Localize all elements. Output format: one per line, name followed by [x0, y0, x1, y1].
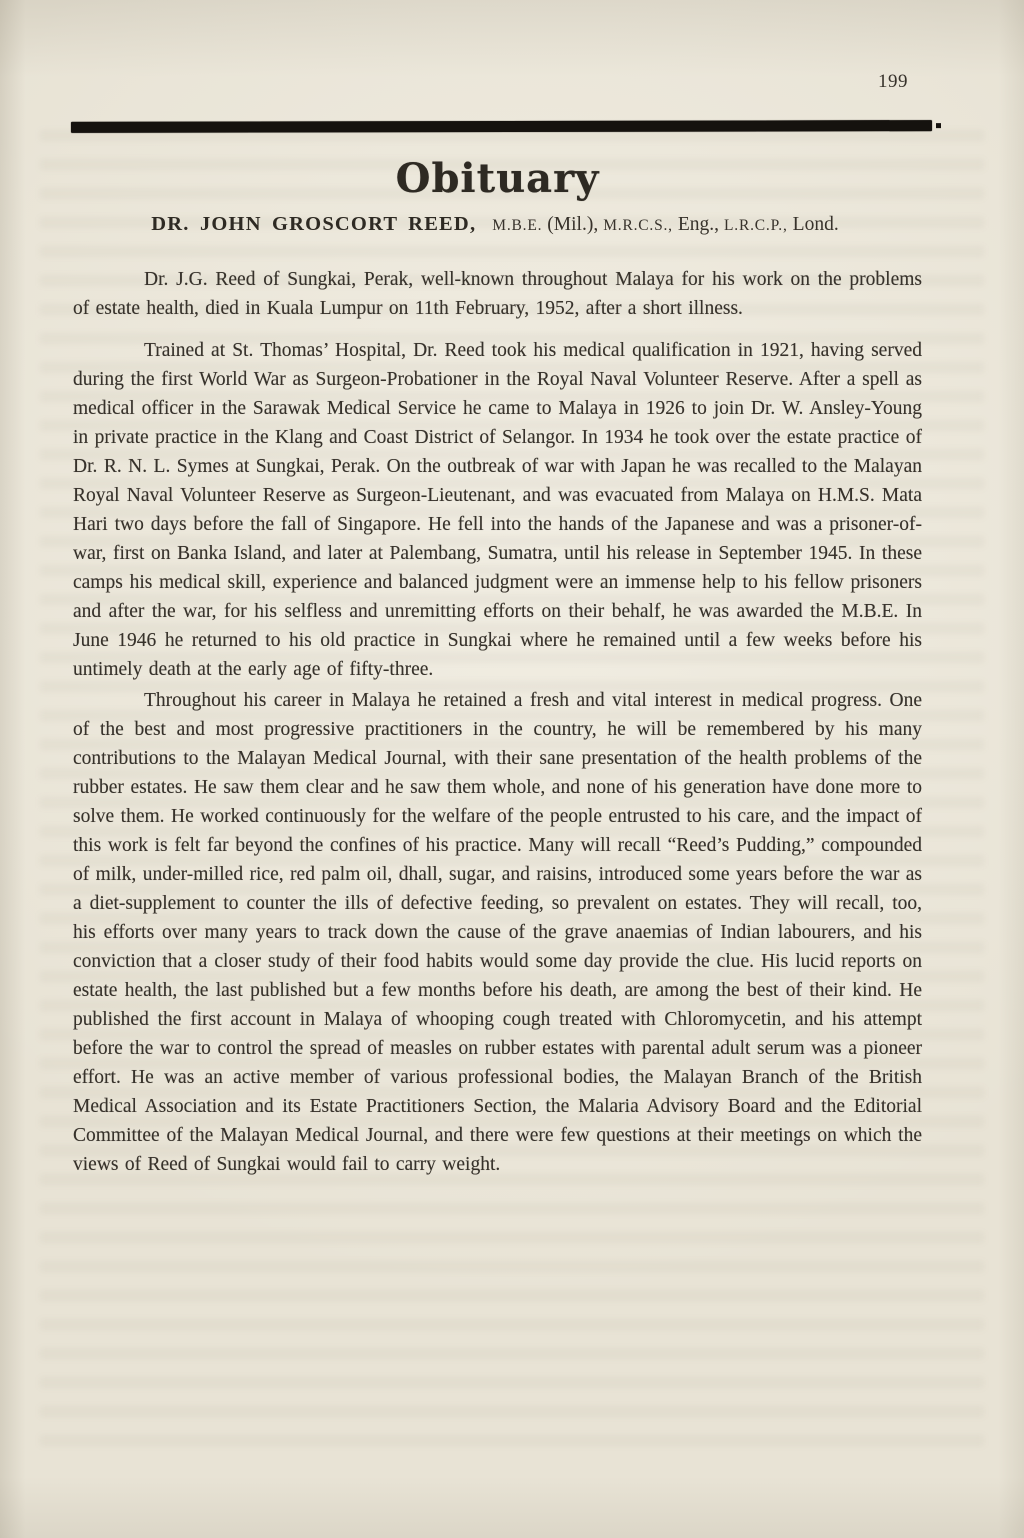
paragraph-intro: Dr. J.G. Reed of Sungkai, Perak, well-kn… — [73, 265, 922, 323]
scanned-journal-page: 199 Obituary DR. JOHN GROSCORT REED,M.B.… — [0, 0, 1024, 1538]
credential-mil: (Mil.), — [547, 214, 598, 235]
page-number: 199 — [878, 71, 908, 93]
credential-eng: Eng., — [678, 214, 719, 235]
credential-mrcs: M.R.C.S., — [603, 217, 673, 234]
obituary-body: Dr. J.G. Reed of Sungkai, Perak, well-kn… — [73, 265, 922, 1179]
paragraph-legacy: Throughout his career in Malaya he retai… — [73, 686, 922, 1179]
credential-lrcp: L.R.C.P., — [724, 217, 788, 234]
credential-lond: Lond. — [793, 214, 839, 235]
obituary-heading: DR. JOHN GROSCORT REED,M.B.E.(Mil.),M.R.… — [40, 213, 955, 236]
deceased-name: DR. JOHN GROSCORT REED, — [151, 213, 476, 235]
paragraph-career: Trained at St. Thomas’ Hospital, Dr. Ree… — [73, 336, 922, 684]
section-divider-rule — [71, 120, 932, 133]
page-title: Obituary — [73, 155, 922, 202]
credential-mbe: M.B.E. — [492, 217, 542, 234]
